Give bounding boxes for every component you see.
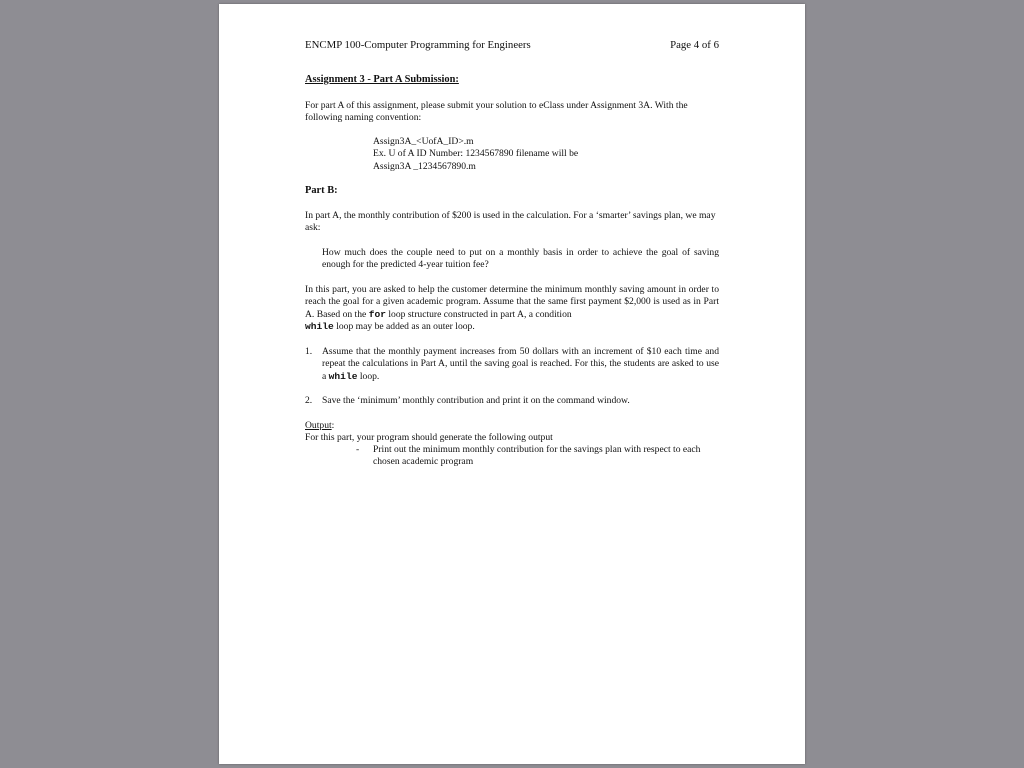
body-text: loop structure constructed in part A, a … — [386, 309, 572, 320]
list-text: Save the ‘minimum’ monthly contribution … — [322, 395, 719, 407]
list-item-step-2: 2. Save the ‘minimum’ monthly contributi… — [305, 395, 719, 407]
naming-line: Assign3A _1234567890.m — [373, 161, 787, 173]
output-colon: : — [332, 420, 335, 431]
body-text: loop may be added as an outer loop. — [334, 321, 475, 332]
list-text: Assume that the monthly payment increase… — [322, 346, 719, 383]
naming-convention: Assign3A_<UofA_ID>.m Ex. U of A ID Numbe… — [305, 136, 787, 173]
code-while-keyword: while — [305, 321, 334, 332]
output-label: Output — [305, 420, 332, 431]
part-b-body: In this part, you are asked to help the … — [305, 284, 719, 333]
submission-paragraph: For part A of this assignment, please su… — [305, 100, 719, 125]
output-intro: For this part, your program should gener… — [305, 432, 719, 444]
part-b-heading: Part B: — [305, 185, 719, 197]
course-title: ENCMP 100-Computer Programming for Engin… — [305, 39, 531, 51]
list-item-step-1: 1. Assume that the monthly payment incre… — [305, 346, 719, 383]
step-text: loop. — [357, 371, 379, 382]
output-label-line: Output: — [305, 420, 719, 432]
code-for-keyword: for — [369, 309, 386, 320]
list-number: 2. — [305, 395, 312, 407]
naming-line: Ex. U of A ID Number: 1234567890 filenam… — [373, 148, 787, 160]
document-page: ENCMP 100-Computer Programming for Engin… — [219, 4, 805, 764]
page-number: Page 4 of 6 — [670, 39, 719, 51]
naming-line: Assign3A_<UofA_ID>.m — [373, 136, 787, 148]
part-b-intro: In part A, the monthly contribution of $… — [305, 210, 719, 235]
output-bullet: - Print out the minimum monthly contribu… — [305, 444, 719, 469]
part-b-question: How much does the couple need to put on … — [305, 247, 719, 272]
dash-bullet-icon: - — [356, 444, 359, 456]
submission-heading: Assignment 3 - Part A Submission: — [305, 74, 719, 86]
list-number: 1. — [305, 346, 312, 358]
step-text: Assume that the monthly payment increase… — [322, 346, 719, 382]
bullet-text: Print out the minimum monthly contributi… — [373, 444, 719, 469]
page-header: ENCMP 100-Computer Programming for Engin… — [305, 39, 719, 51]
code-while-keyword: while — [329, 371, 358, 382]
